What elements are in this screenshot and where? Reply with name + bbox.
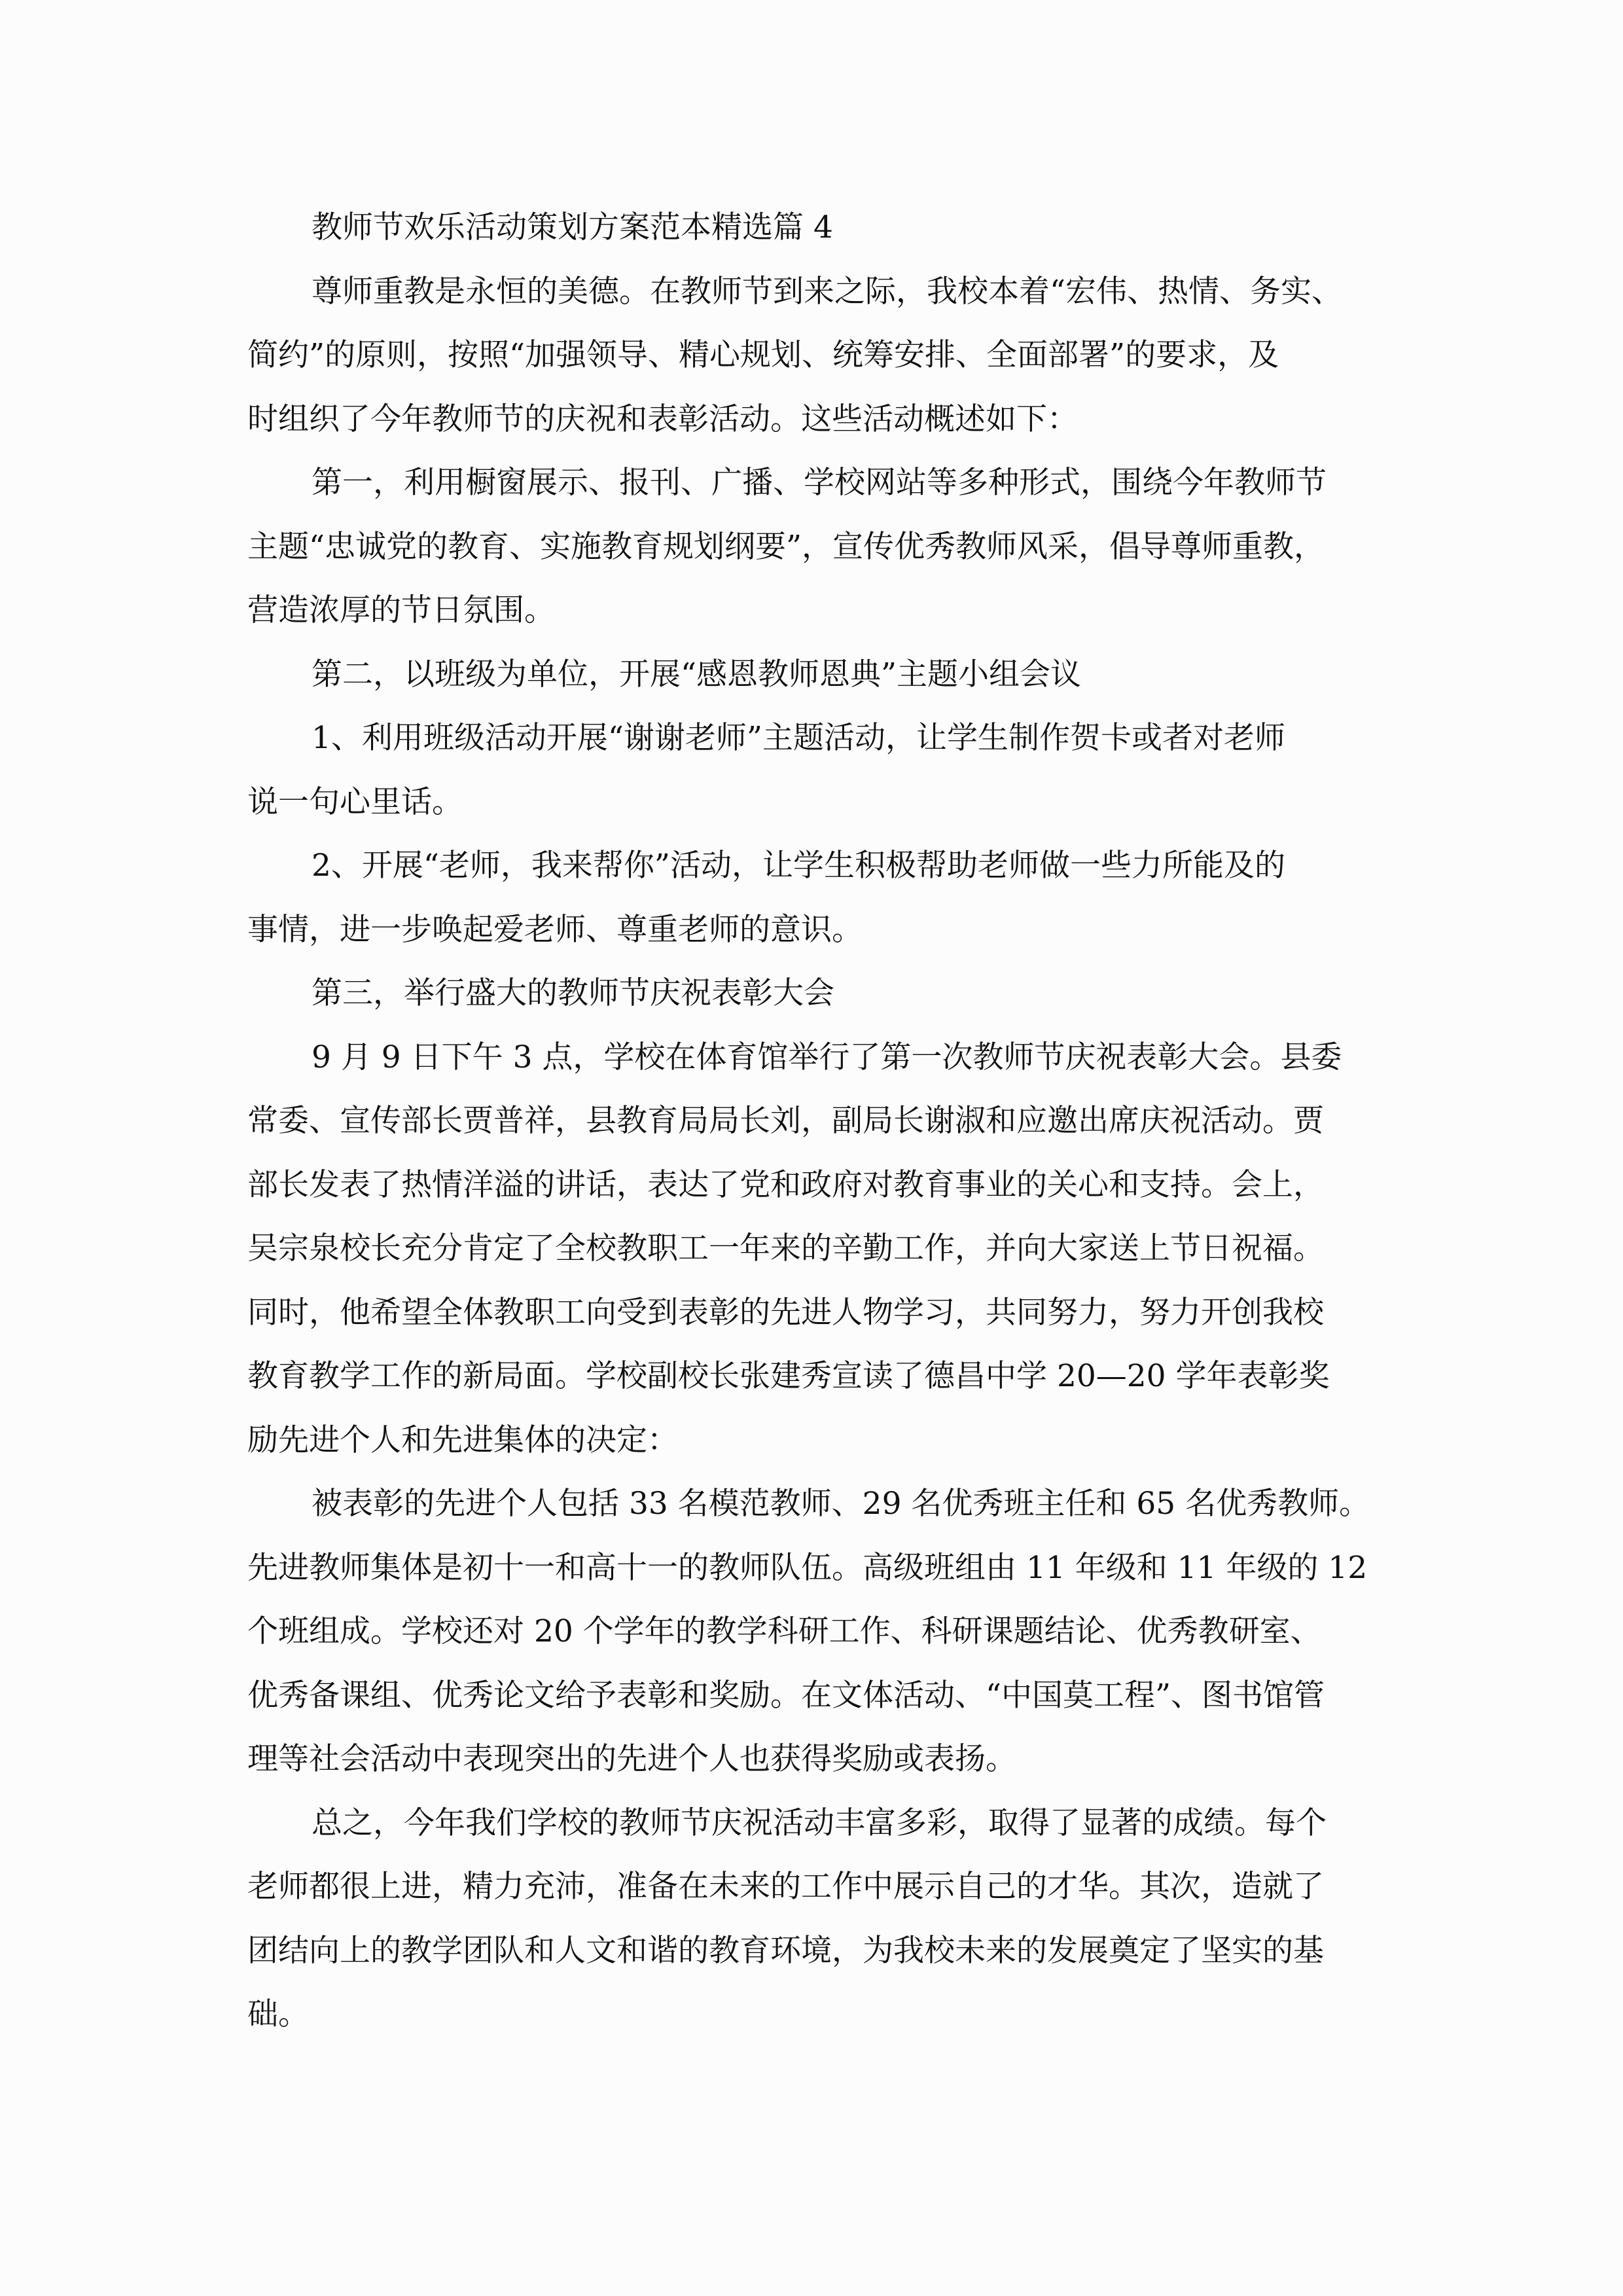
paragraph-ceremony-line-2: 常委、宣传部长贾普祥，县教育局局长刘，副局长谢淑和应邀出席庆祝活动。贾 bbox=[247, 1102, 1380, 1141]
paragraph-summary-line-2: 老师都很上进，精力充沛，准备在未来的工作中展示自己的才华。其次，造就了 bbox=[247, 1867, 1380, 1907]
paragraph-awards-line-4: 优秀备课组、优秀论文给予表彰和奖励。在文体活动、“中国莫工程”、图书馆管 bbox=[247, 1676, 1380, 1715]
paragraph-awards-line-2: 先进教师集体是初十一和高十一的教师队伍。高级班组由 11 年级和 11 年级的 … bbox=[247, 1549, 1380, 1588]
paragraph-intro-line-3: 时组织了今年教师节的庆祝和表彰活动。这些活动概述如下： bbox=[247, 400, 1380, 439]
paragraph-ceremony-line-6: 教育教学工作的新局面。学校副校长张建秀宣读了德昌中学 20—20 学年表彰奖 bbox=[247, 1357, 1380, 1396]
document-title: 教师节欢乐活动策划方案范本精选篇 4 bbox=[312, 208, 1380, 247]
paragraph-first-line-3: 营造浓厚的节日氛围。 bbox=[247, 591, 1380, 630]
list-item-1-line-1: 1、利用班级活动开展“谢谢老师”主题活动，让学生制作贺卡或者对老师 bbox=[312, 719, 1380, 758]
paragraph-summary-line-4: 础。 bbox=[247, 1995, 1380, 2034]
paragraph-first-line-2: 主题“忠诚党的教育、实施教育规划纲要”，宣传优秀教师风采，倡导尊师重教， bbox=[247, 528, 1380, 567]
heading-second: 第二，以班级为单位，开展“感恩教师恩典”主题小组会议 bbox=[312, 655, 1380, 694]
paragraph-first-line-1: 第一，利用橱窗展示、报刊、广播、学校网站等多种形式，围绕今年教师节 bbox=[312, 463, 1380, 503]
list-item-1-line-2: 说一句心里话。 bbox=[247, 783, 1380, 822]
paragraph-ceremony-line-3: 部长发表了热情洋溢的讲话，表达了党和政府对教育事业的关心和支持。会上， bbox=[247, 1166, 1380, 1205]
paragraph-awards-line-1: 被表彰的先进个人包括 33 名模范教师、29 名优秀班主任和 65 名优秀教师。 bbox=[312, 1484, 1380, 1524]
list-item-2-line-2: 事情，进一步唤起爱老师、尊重老师的意识。 bbox=[247, 910, 1380, 950]
paragraph-ceremony-line-7: 励先进个人和先进集体的决定： bbox=[247, 1421, 1380, 1460]
paragraph-intro-line-2: 简约”的原则，按照“加强领导、精心规划、统筹安排、全面部署”的要求，及 bbox=[247, 336, 1380, 375]
paragraph-ceremony-line-5: 同时，他希望全体教职工向受到表彰的先进人物学习，共同努力，努力开创我校 bbox=[247, 1293, 1380, 1333]
paragraph-awards-line-3: 个班组成。学校还对 20 个学年的教学科研工作、科研课题结论、优秀教研室、 bbox=[247, 1612, 1380, 1651]
paragraph-awards-line-5: 理等社会活动中表现突出的先进个人也获得奖励或表扬。 bbox=[247, 1740, 1380, 1779]
paragraph-ceremony-line-4: 吴宗泉校长充分肯定了全校教职工一年来的辛勤工作，并向大家送上节日祝福。 bbox=[247, 1229, 1380, 1268]
paragraph-ceremony-line-1: 9 月 9 日下午 3 点，学校在体育馆举行了第一次教师节庆祝表彰大会。县委 bbox=[312, 1038, 1380, 1077]
paragraph-summary-line-1: 总之，今年我们学校的教师节庆祝活动丰富多彩，取得了显著的成绩。每个 bbox=[312, 1804, 1380, 1843]
heading-third: 第三，举行盛大的教师节庆祝表彰大会 bbox=[312, 974, 1380, 1013]
list-item-2-line-1: 2、开展“老师，我来帮你”活动，让学生积极帮助老师做一些力所能及的 bbox=[312, 846, 1380, 886]
paragraph-intro-line-1: 尊师重教是永恒的美德。在教师节到来之际，我校本着“宏伟、热情、务实、 bbox=[312, 272, 1380, 312]
paragraph-summary-line-3: 团结向上的教学团队和人文和谐的教育环境，为我校未来的发展奠定了坚实的基 bbox=[247, 1931, 1380, 1971]
document-page: 教师节欢乐活动策划方案范本精选篇 4 尊师重教是永恒的美德。在教师节到来之际，我… bbox=[0, 0, 1623, 2296]
